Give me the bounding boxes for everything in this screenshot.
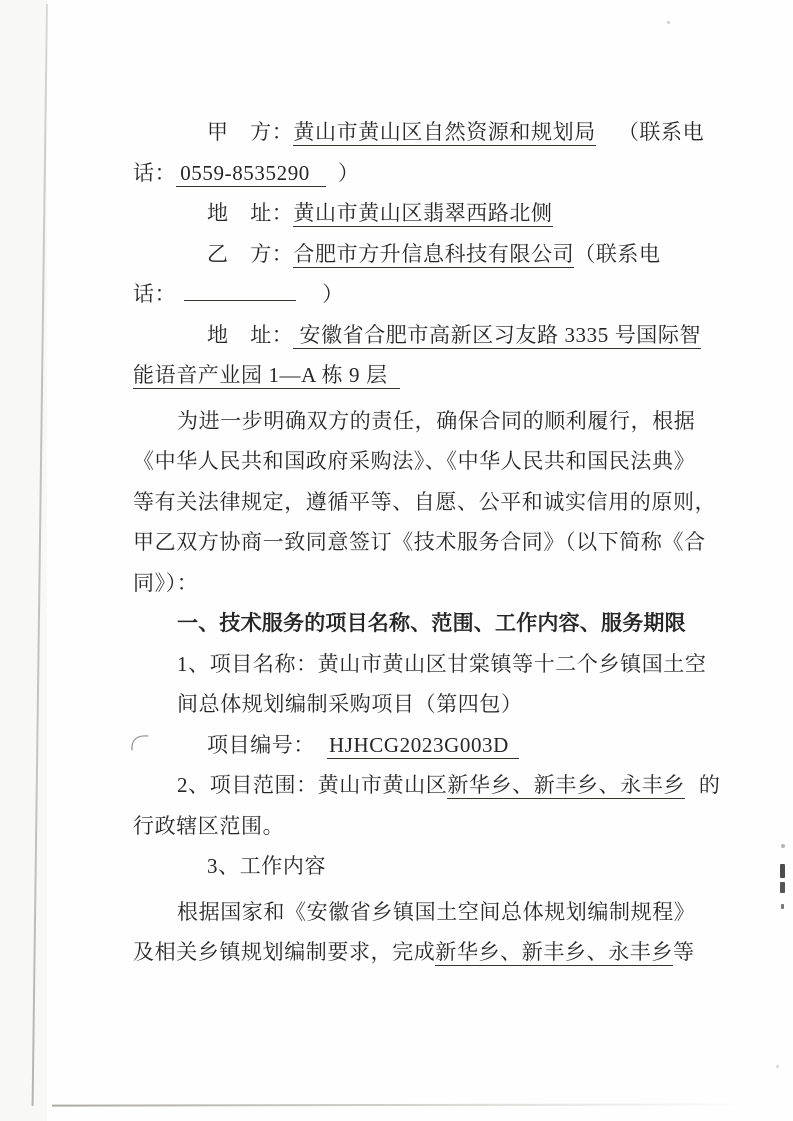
doc-line: 话：0559-8535290） [133,153,753,194]
text-segment: 话： [133,161,176,185]
doc-line: 3、工作内容 [133,846,753,887]
text-segment: ） [322,282,344,306]
doc-line: 1、项目名称：黄山市黄山区甘棠镇等十二个乡镇国土空 [133,644,753,685]
underlined-field: 合肥市方升信息科技有限公司 [293,242,574,268]
doc-line: 根据国家和《安徽省乡镇国土空间总体规划编制规程》 [133,892,753,933]
text-segment: 一、技术服务的项目名称、范围、工作内容、服务期限 [177,611,686,635]
underlined-field: 新华乡、新丰乡、永丰乡 [447,773,685,799]
doc-line: 地 址：黄山市黄山区翡翠西路北侧 [133,193,753,234]
doc-line: 2、项目范围：黄山市黄山区新华乡、新丰乡、永丰乡的 [133,765,753,806]
doc-line: 《中华人民共和国政府采购法》、《中华人民共和国民法典》 [133,441,753,482]
doc-line: 话：） [133,274,753,315]
text-segment: 甲 方： [207,120,293,144]
text-segment: 1、项目名称：黄山市黄山区甘棠镇等十二个乡镇国土空 [177,652,707,676]
text-segment: 乙 方： [207,242,293,266]
text-segment: 同》）： [133,571,198,595]
text-segment: 为进一步明确双方的责任，确保合同的顺利履行，根据 [177,409,695,433]
doc-line: 项目编号：HJHCG2023G003D [133,725,753,766]
underlined-field: 黄山市黄山区自然资源和规划局 [293,120,595,146]
text-segment: 等 [673,940,695,964]
underlined-field: 新华乡、新丰乡、永丰乡 [435,940,673,966]
doc-line: 乙 方：合肥市方升信息科技有限公司（联系电 [133,234,753,275]
text-segment: （联系电 [574,242,660,266]
doc-line: 间总体规划编制采购项目（第四包） [133,684,753,725]
doc-line: 甲乙双方协商一致同意签订《技术服务合同》（以下简称《合 [133,522,753,563]
text-segment: （联系电 [618,120,704,144]
text-segment: 2、项目范围：黄山市黄山区 [177,773,447,797]
scanned-page: 甲 方：黄山市黄山区自然资源和规划局（联系电话：0559-8535290）地 址… [0,0,793,1121]
text-segment: 地 址： [207,323,293,347]
scan-speck [776,1065,779,1068]
underlined-field: 0559-8535290 [176,161,326,187]
doc-line: 行政辖区范围。 [133,806,753,847]
doc-line: 为进一步明确双方的责任，确保合同的顺利履行，根据 [133,401,753,442]
text-segment: 甲乙双方协商一致同意签订《技术服务合同》（以下简称《合 [133,530,706,554]
text-segment: 等有关法律规定，遵循平等、自愿、公平和诚实信用的原则， [133,490,716,514]
underlined-field: 能语音产业园 1—A 栋 9 层 [133,363,400,389]
doc-line: 同》）： [133,563,753,604]
contract-body: 甲 方：黄山市黄山区自然资源和规划局（联系电话：0559-8535290）地 址… [0,0,793,973]
text-segment: 3、工作内容 [207,854,326,878]
text-segment: 及相关乡镇规划编制要求，完成 [133,940,435,964]
text-segment: ） [338,161,360,185]
doc-line: 及相关乡镇规划编制要求，完成新华乡、新丰乡、永丰乡等 [133,932,753,973]
underlined-field: 黄山市黄山区翡翠西路北侧 [293,201,552,227]
underlined-field: 安徽省合肥市高新区习友路 3335 号国际智 [293,323,701,349]
doc-line: 地 址：安徽省合肥市高新区习友路 3335 号国际智 [133,315,753,356]
doc-line: 能语音产业园 1—A 栋 9 层 [133,355,753,396]
blank-underline-field [184,279,296,301]
text-segment: 地 址： [207,201,293,225]
text-segment: 的 [699,773,721,797]
doc-line: 等有关法律规定，遵循平等、自愿、公平和诚实信用的原则， [133,482,753,523]
text-segment: 行政辖区范围。 [133,814,284,838]
text-segment: 《中华人民共和国政府采购法》、《中华人民共和国民法典》 [133,449,695,473]
page-edge-line-bottom [52,1103,762,1106]
section-heading: 一、技术服务的项目名称、范围、工作内容、服务期限 [133,603,753,644]
doc-line: 甲 方：黄山市黄山区自然资源和规划局（联系电 [133,112,753,153]
text-segment: 根据国家和《安徽省乡镇国土空间总体规划编制规程》 [177,900,695,924]
text-segment: 话： [133,282,176,306]
text-segment: 项目编号： [207,733,315,757]
text-segment: 间总体规划编制采购项目（第四包） [177,692,523,716]
underlined-field: HJHCG2023G003D [327,733,519,759]
